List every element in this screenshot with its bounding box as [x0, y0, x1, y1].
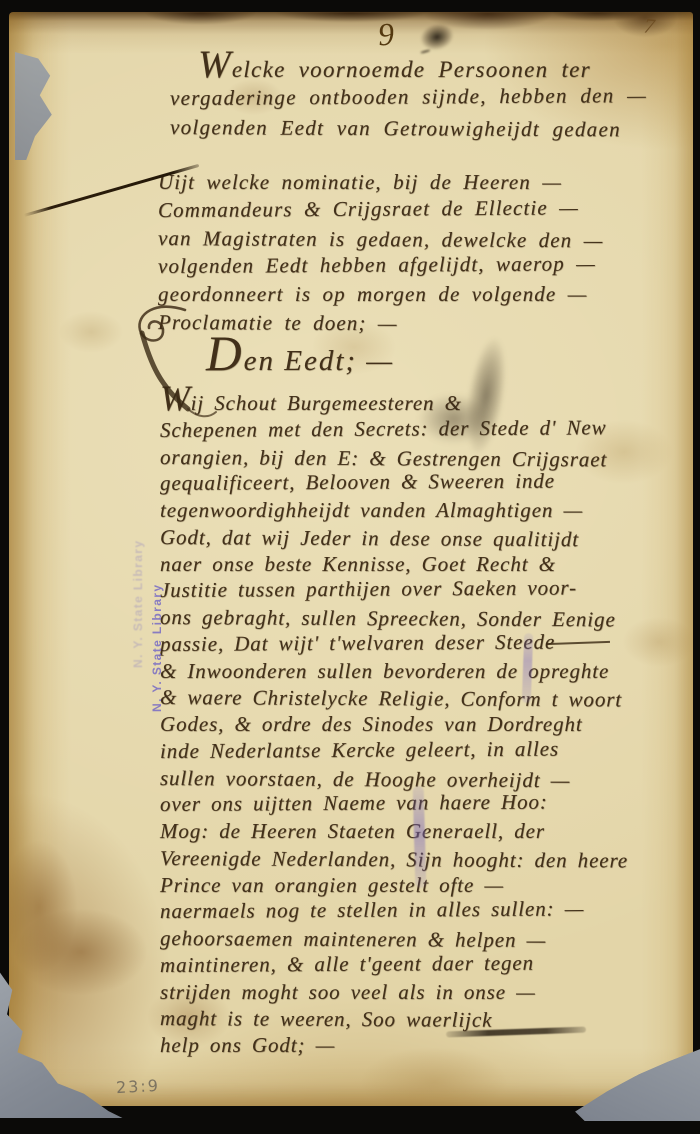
manuscript-scan: Welcke voornoemde Persoonen tervergaderi…	[0, 0, 700, 1134]
library-stamp-ghost: N. Y. State Library	[131, 518, 147, 668]
manuscript-line: Uijt welcke nominatie, bij de Heeren —	[158, 168, 696, 196]
manuscript-line: maght is te weeren, Soo waerlijck	[160, 1005, 696, 1035]
manuscript-line: inde Nederlantse Kercke geleert, in alle…	[160, 734, 696, 764]
manuscript-line: Commandeurs & Crijgsraet de Ellectie —	[158, 193, 696, 224]
calligraphic-flourish-icon	[130, 300, 226, 428]
manuscript-line: help ons Godt; —	[160, 1032, 696, 1059]
manuscript-line: naermaels nog te stellen in alles sullen…	[160, 895, 696, 925]
library-stamp: N. Y. State Library	[150, 562, 166, 712]
manuscript-line: maintineren, & alle t'geent daer tegen	[160, 948, 696, 978]
manuscript-line: Welcke voornoemde Persoonen ter	[198, 50, 696, 84]
manuscript-line: tegenwoordighheijdt vanden Almaghtigen —	[160, 497, 696, 524]
manuscript-line: strijden moght soo veel als in onse —	[160, 979, 696, 1006]
folio-number: 7	[643, 14, 656, 40]
manuscript-line: Godt, dat wij Jeder in dese onse qualiti…	[160, 524, 696, 554]
shelf-mark-pencil: 23:9	[116, 1076, 161, 1097]
manuscript-line: passie, Dat wijt' t'welvaren deser Steed…	[160, 627, 696, 657]
manuscript-line: & waere Christelycke Religie, Conform t …	[160, 684, 696, 714]
manuscript-line: gequalificeert, Belooven & Sweeren inde	[160, 467, 696, 497]
manuscript-line: Justitie tussen parthijen over Saeken vo…	[160, 574, 696, 604]
oath-heading: Den Eedt; —	[206, 336, 696, 383]
nomination-paragraph: Uijt welcke nominatie, bij de Heeren —Co…	[158, 168, 696, 336]
handwritten-text-block: Welcke voornoemde Persoonen tervergaderi…	[148, 50, 696, 1059]
manuscript-line: vergaderinge ontbooden sijnde, hebben de…	[170, 81, 696, 113]
manuscript-line: Godes, & ordre des Sinodes van Dordreght	[160, 711, 696, 738]
opening-paragraph: Welcke voornoemde Persoonen tervergaderi…	[170, 50, 696, 142]
manuscript-line: geordonneert is op morgen de volgende —	[158, 280, 696, 308]
manuscript-line: volgenden Eedt hebben afgelijdt, waerop …	[158, 249, 696, 280]
page-number: 9	[377, 15, 396, 53]
manuscript-line: Proclamatie te doen; —	[158, 308, 696, 339]
manuscript-line: over ons uijtten Naeme van haere Hoo:	[160, 788, 696, 818]
manuscript-line: Vereenigde Nederlanden, Sijn hooght: den…	[160, 845, 696, 875]
oath-paragraph: Wij Schout Burgemeesteren &Schepenen met…	[160, 385, 696, 1059]
manuscript-line: Mog: de Heeren Staeten Generaell, der	[160, 818, 696, 845]
manuscript-line: volgenden Eedt van Getrouwigheijdt gedae…	[170, 113, 696, 145]
manuscript-line: & Inwoonderen sullen bevorderen de opreg…	[160, 658, 696, 685]
ink-smudge	[418, 394, 490, 444]
